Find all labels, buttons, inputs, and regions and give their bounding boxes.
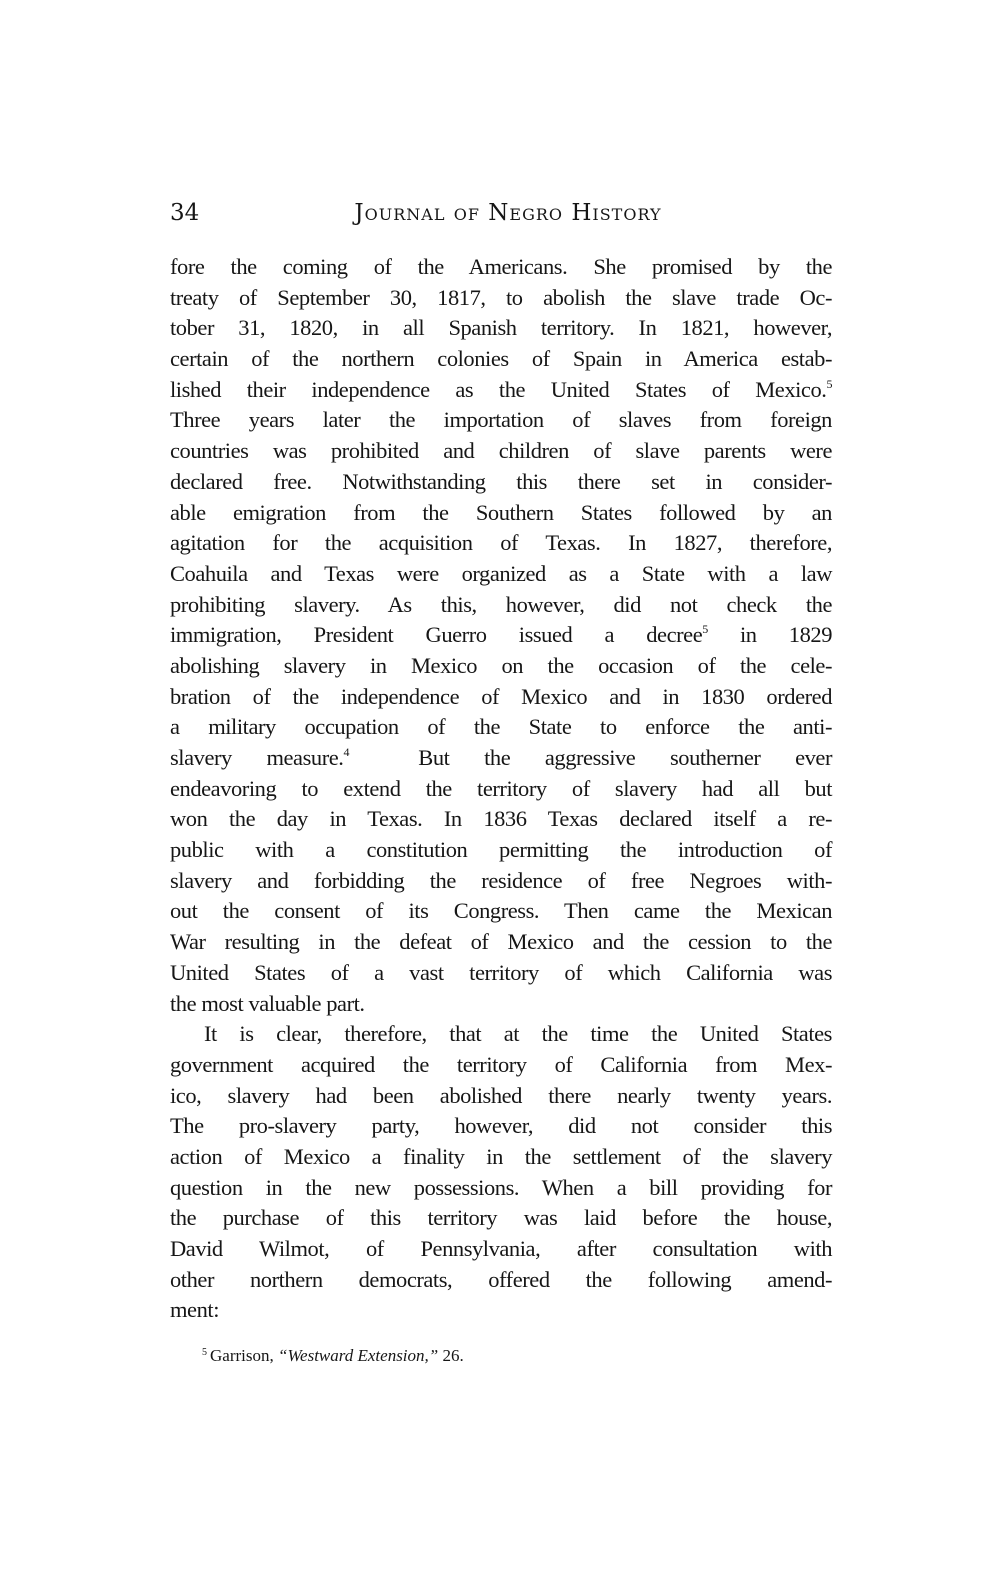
text-line: David Wilmot, of Pennsylvania, after con… — [170, 1234, 832, 1265]
footnote-marker: 5 — [202, 1347, 207, 1358]
text-line: public with a constitution permitting th… — [170, 835, 832, 866]
footnote-author: Garrison, — [210, 1346, 278, 1365]
journal-title: Journal of Negro History — [170, 196, 832, 230]
text-line-tail: But the aggressive southerner ever — [349, 745, 832, 770]
text-line: the purchase of this territory was laid … — [170, 1203, 832, 1234]
body-text: fore the coming of the Americans. She pr… — [170, 252, 832, 1326]
footnote-ref: 5 — [826, 377, 832, 391]
text-line: government acquired the territory of Cal… — [170, 1050, 832, 1081]
footnote-title: “Westward Extension,” — [278, 1346, 438, 1365]
text-line: lished their independence as the United … — [170, 375, 832, 406]
paragraph-start-line: It is clear, therefore, that at the time… — [170, 1019, 832, 1050]
text-line: certain of the northern colonies of Spai… — [170, 344, 832, 375]
text-line-content: immigration, President Guerro issued a d… — [170, 622, 702, 647]
text-line: ment: — [170, 1295, 832, 1326]
text-line: Coahuila and Texas were organized as a S… — [170, 559, 832, 590]
text-line: prohibiting slavery. As this, however, d… — [170, 590, 832, 621]
text-line: abolishing slavery in Mexico on the occa… — [170, 651, 832, 682]
text-line: slavery and forbidding the residence of … — [170, 866, 832, 897]
text-line-content: slavery measure. — [170, 745, 343, 770]
text-line: tober 31, 1820, in all Spanish territory… — [170, 313, 832, 344]
text-line: slavery measure.4 But the aggressive sou… — [170, 743, 832, 774]
text-line: other northern democrats, offered the fo… — [170, 1265, 832, 1296]
text-line: out the consent of its Congress. Then ca… — [170, 896, 832, 927]
text-line: The pro-slavery party, however, did not … — [170, 1111, 832, 1142]
text-line-tail: in 1829 — [708, 622, 832, 647]
text-line: action of Mexico a finality in the settl… — [170, 1142, 832, 1173]
text-line: question in the new possessions. When a … — [170, 1173, 832, 1204]
text-line: endeavoring to extend the territory of s… — [170, 774, 832, 805]
footnote-page: 26. — [438, 1346, 464, 1365]
footnote: 5Garrison, “Westward Extension,” 26. — [170, 1344, 832, 1368]
text-line: War resulting in the defeat of Mexico an… — [170, 927, 832, 958]
text-line: ico, slavery had been abolished there ne… — [170, 1081, 832, 1112]
text-line: immigration, President Guerro issued a d… — [170, 620, 832, 651]
text-line: bration of the independence of Mexico an… — [170, 682, 832, 713]
text-line: agitation for the acquisition of Texas. … — [170, 528, 832, 559]
text-line: the most valuable part. — [170, 989, 832, 1020]
journal-page: 34 Journal of Negro History fore the com… — [170, 196, 832, 1368]
text-line: a military occupation of the State to en… — [170, 712, 832, 743]
text-line: fore the coming of the Americans. She pr… — [170, 252, 832, 283]
text-line-content: lished their independence as the United … — [170, 377, 826, 402]
text-line: treaty of September 30, 1817, to abolish… — [170, 283, 832, 314]
text-line: Three years later the importation of sla… — [170, 405, 832, 436]
text-line: able emigration from the Southern States… — [170, 498, 832, 529]
text-line: declared free. Notwithstanding this ther… — [170, 467, 832, 498]
running-head: 34 Journal of Negro History — [170, 196, 832, 230]
text-line: countries was prohibited and children of… — [170, 436, 832, 467]
text-line: United States of a vast territory of whi… — [170, 958, 832, 989]
text-line: won the day in Texas. In 1836 Texas decl… — [170, 804, 832, 835]
